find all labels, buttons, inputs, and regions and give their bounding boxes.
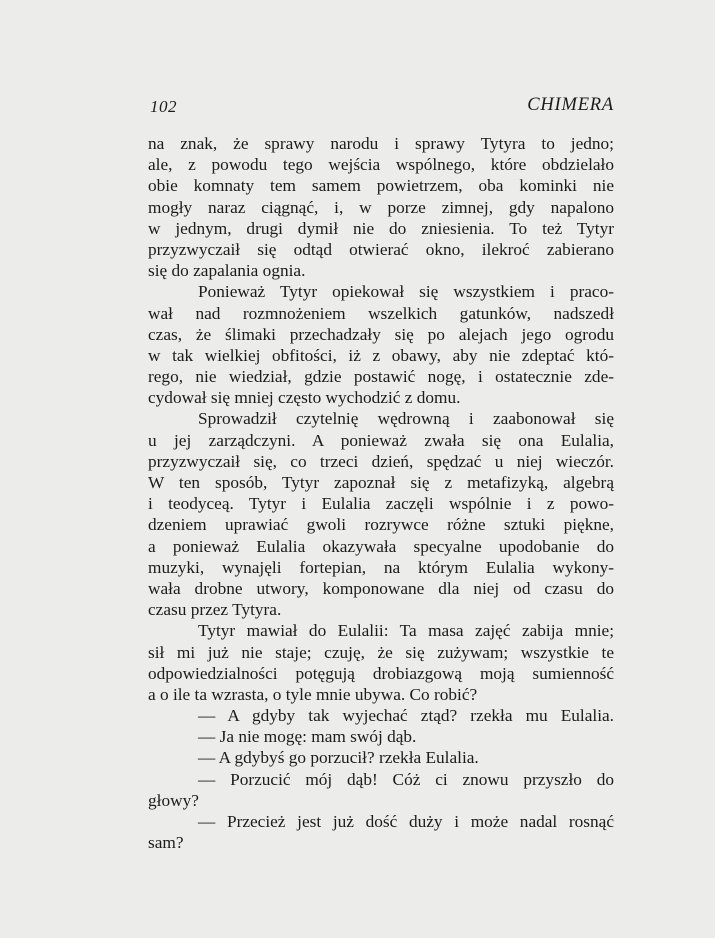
text-line: wał nad rozmnożeniem wszelkich gatunków,… xyxy=(148,303,614,324)
text-line: dzeniem uprawiać gwoli rozrywce różne sz… xyxy=(148,514,614,535)
text-line: Sprowadził czytelnię wędrowną i zaabonow… xyxy=(148,408,614,429)
text-line: — Ja nie mogę: mam swój dąb. xyxy=(148,726,614,747)
text-line: w tak wielkiej obfitości, iż z obawy, ab… xyxy=(148,345,614,366)
text-line: sam? xyxy=(148,832,614,853)
text-line: — A gdyby tak wyjechać ztąd? rzekła mu E… xyxy=(148,705,614,726)
text-line: Tytyr mawiał do Eulalii: Ta masa zajęć z… xyxy=(148,620,614,641)
text-line: a o ile ta wzrasta, o tyle mnie ubywa. C… xyxy=(148,684,614,705)
text-line: czas, że ślimaki przechadzały się po ale… xyxy=(148,324,614,345)
text-line: a ponieważ Eulalia okazywała specyalne u… xyxy=(148,536,614,557)
text-line: obie komnaty tem samem powietrzem, oba k… xyxy=(148,175,614,196)
text-line: rego, nie wiedział, gdzie postawić nogę,… xyxy=(148,366,614,387)
text-line: mogły naraz ciągnąć, i, w porze zimnej, … xyxy=(148,197,614,218)
text-line: muzyki, wynajęli fortepian, na którym Eu… xyxy=(148,557,614,578)
text-line: W ten sposób, Tytyr zapoznał się z metaf… xyxy=(148,472,614,493)
text-line: u jej zarządczyni. A ponieważ zwała się … xyxy=(148,430,614,451)
text-line: wała drobne utwory, komponowane dla niej… xyxy=(148,578,614,599)
text-line: w jednym, drugi dymił nie do zniesienia.… xyxy=(148,218,614,239)
text-line: — A gdybyś go porzucił? rzekła Eulalia. xyxy=(148,747,614,768)
text-line: odpowiedzialności potęgują drobiazgową m… xyxy=(148,663,614,684)
text-line: przyzwyczaił się odtąd otwierać okno, il… xyxy=(148,239,614,260)
page-header: 102 CHIMERA xyxy=(150,95,614,119)
text-line: przyzwyczaił się, co trzeci dzień, spędz… xyxy=(148,451,614,472)
text-line: Ponieważ Tytyr opiekował się wszystkiem … xyxy=(148,281,614,302)
text-line: ale, z powodu tego wejścia wspólnego, kt… xyxy=(148,154,614,175)
text-line: — Porzucić mój dąb! Cóż ci znowu przyszł… xyxy=(148,769,614,790)
text-line: cydował się mniej często wychodzić z dom… xyxy=(148,387,614,408)
book-page: 102 CHIMERA na znak, że sprawy narodu i … xyxy=(0,0,715,938)
text-line: głowy? xyxy=(148,790,614,811)
text-line: się do zapalania ognia. xyxy=(148,260,614,281)
text-line: czasu przez Tytyra. xyxy=(148,599,614,620)
text-line: i teodyceą. Tytyr i Eulalia zaczęli wspó… xyxy=(148,493,614,514)
body-text: na znak, że sprawy narodu i sprawy Tytyr… xyxy=(148,133,614,853)
text-line: sił mi już nie staje; czuję, że się zuży… xyxy=(148,642,614,663)
text-line: — Przecież jest już dość duży i może nad… xyxy=(148,811,614,832)
page-number: 102 xyxy=(150,97,177,117)
running-title: CHIMERA xyxy=(527,95,614,116)
text-line: na znak, że sprawy narodu i sprawy Tytyr… xyxy=(148,133,614,154)
